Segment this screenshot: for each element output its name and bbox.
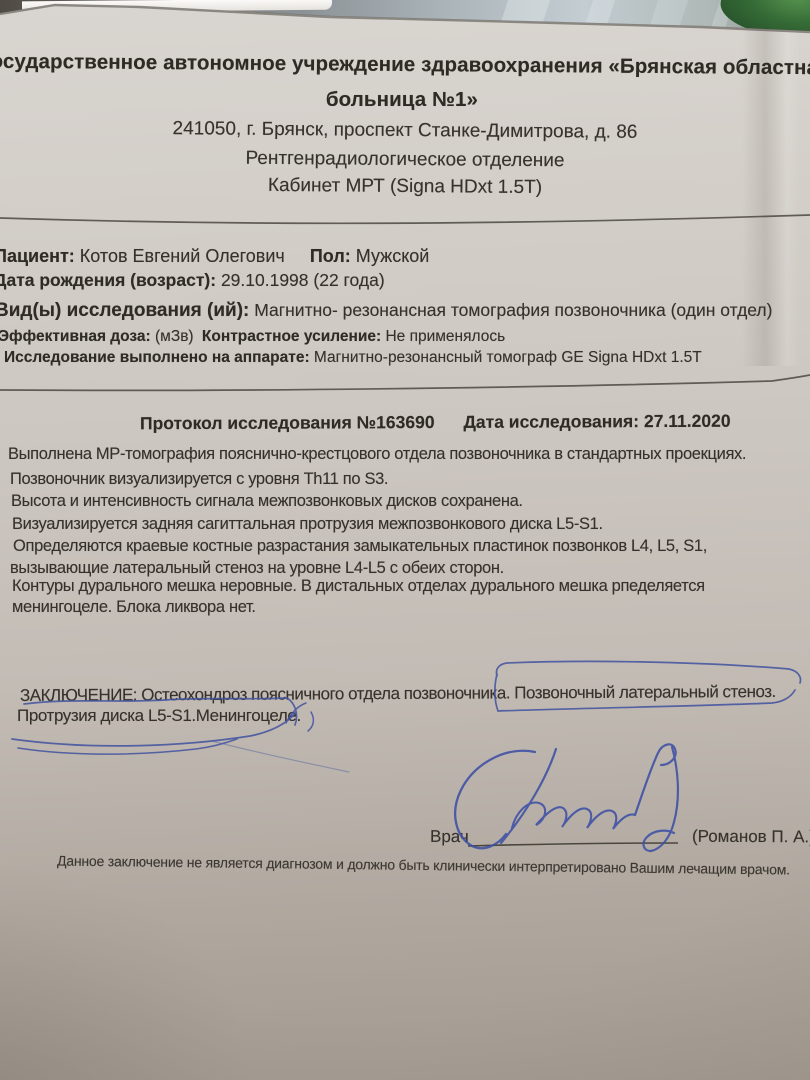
sex-value: Мужской <box>356 246 430 266</box>
finding-line: Визуализируется задняя сагиттальная прот… <box>12 515 603 535</box>
finding-line: вызывающие латеральный стеноз на уровне … <box>10 559 504 579</box>
org-name-line1: Государственное автономное учреждение зд… <box>0 50 810 81</box>
finding-line: Выполнена МР-томография пояснично-крестц… <box>8 445 746 465</box>
finding-line: Контуры дурального мешка неровные. В дис… <box>12 577 705 597</box>
study-date-value: 27.11.2020 <box>644 411 731 431</box>
org-name-line2: больница №1» <box>326 88 478 113</box>
patient-line: Пациент: Котов Евгений Олегович Пол: Муж… <box>0 246 429 268</box>
study-type-label: Вид(ы) исследования (ий): <box>0 300 249 321</box>
dose-contrast-line: Эффективная доза: (мЗв) Контрастное усил… <box>0 328 505 347</box>
cabinet-name: Кабинет МРТ (Signa HDxt 1.5T) <box>268 175 542 200</box>
protocol-title: Протокол исследования <box>140 412 352 433</box>
org-address: 241050, г. Брянск, проспект Станке-Димит… <box>172 118 637 144</box>
department-name: Рентгенрадиологическое отделение <box>245 148 564 173</box>
conclusion-line1: ЗАКЛЮЧЕНИЕ: Остеохондроз поясничного отд… <box>20 682 776 706</box>
study-type-line: Вид(ы) исследования (ий): Магнитно- резо… <box>0 300 772 323</box>
finding-line: менингоцеле. Блока ликвора нет. <box>12 598 256 618</box>
protocol-line: Протокол исследования №163690 Дата иссле… <box>140 411 731 435</box>
finding-line: Позвоночник визуализируется с уровня Th1… <box>10 470 388 490</box>
patient-label: Пациент: <box>0 246 75 266</box>
study-type-value: Магнитно- резонансная томография позвоно… <box>254 300 772 320</box>
contrast-label: Контрастное усиление: <box>202 328 381 345</box>
finding-line: Высота и интенсивность сигнала межпозвон… <box>11 492 523 512</box>
conclusion-label: ЗАКЛЮЧЕНИЕ: <box>20 685 137 705</box>
birthdate-label: Дата рождения (возраст): <box>0 270 216 290</box>
disclaimer-text: Данное заключение не является диагнозом … <box>57 853 790 879</box>
paper-sheet: Государственное автономное учреждение зд… <box>0 0 810 1080</box>
patient-name: Котов Евгений Олегович <box>80 246 285 266</box>
photo-of-medical-report: Государственное автономное учреждение зд… <box>0 0 810 1080</box>
birthdate-line: Дата рождения (возраст): 29.10.1998 (22 … <box>0 270 385 291</box>
sex-label: Пол: <box>310 246 351 266</box>
device-value: Магнитно-резонансный томограф GE Signa H… <box>314 349 702 366</box>
protocol-number: №163690 <box>357 412 435 432</box>
birthdate-value: 29.10.1998 (22 года) <box>221 270 385 290</box>
doctor-label: Врач <box>430 827 469 848</box>
conclusion-stenosis: Позвоночный латеральный стеноз. <box>514 682 776 702</box>
device-label: Исследование выполнено на аппарате: <box>4 349 310 366</box>
finding-line: Определяются краевые костные разрастания… <box>13 537 707 557</box>
device-line: Исследование выполнено на аппарате: Магн… <box>4 349 702 368</box>
dose-unit: (мЗв) <box>155 328 194 345</box>
doctor-name: (Романов П. А.) <box>692 827 810 848</box>
study-date-label: Дата исследования: <box>463 411 639 432</box>
contrast-value: Не применялось <box>385 328 505 345</box>
conclusion-line2: Протрузия диска L5-S1.Менингоцеле. <box>17 706 301 726</box>
conclusion-osteochondrosis: Остеохондроз поясничного отдела позвоноч… <box>141 683 510 704</box>
dose-label: Эффективная доза: <box>0 328 151 345</box>
